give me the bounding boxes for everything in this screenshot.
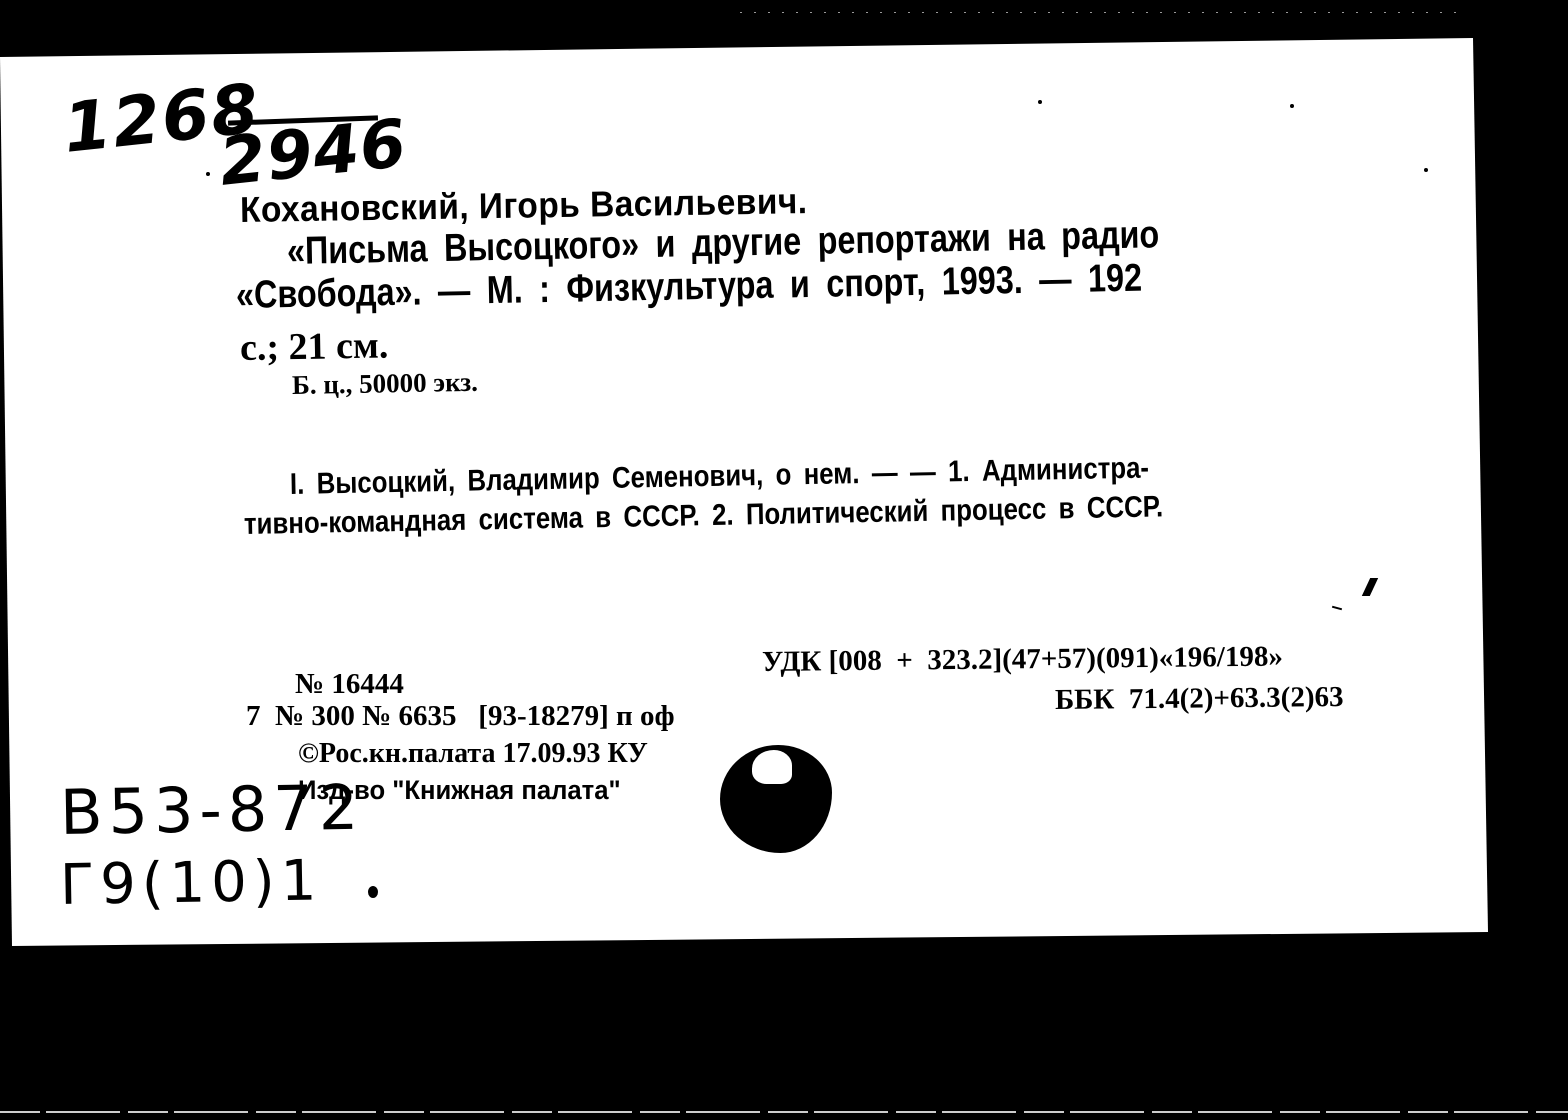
copyright-line: ©Рос.кн.палата 17.09.93 КУ — [298, 740, 648, 768]
record-number: № 16444 — [295, 670, 404, 699]
pencil-mark — [1362, 578, 1378, 596]
speck — [1290, 104, 1294, 108]
ink-blot-highlight — [752, 750, 792, 784]
bbk-classification: ББК 71.4(2)+63.3(2)63 — [1055, 683, 1344, 715]
handwritten-code-line-1: B53-872 — [59, 777, 364, 844]
scan-artifact-top — [740, 12, 1460, 13]
subject-line-2: тивно-командная система в СССР. 2. Полит… — [244, 492, 1164, 540]
handwritten-inventory-number: 2946 — [217, 111, 411, 196]
ink-dot — [368, 886, 378, 898]
udk-classification: УДК [008 + 323.2](47+57)(091)«196/198» — [762, 643, 1283, 677]
scan-artifact-bottom — [0, 1111, 1568, 1113]
catalog-card: 1268 2946 Кохановский, Игорь Васильевич.… — [0, 0, 1568, 1120]
title-line-3: с.; 21 см. — [240, 326, 389, 367]
handwritten-code-line-2: Г9(10)1 — [60, 853, 323, 914]
pencil-dash — [1332, 606, 1342, 611]
speck — [206, 172, 210, 176]
speck — [1424, 168, 1428, 172]
speck — [1038, 100, 1042, 104]
price-print-run: Б. ц., 50000 экз. — [292, 369, 478, 399]
record-details: 7 № 300 № 6635 [93-18279] п оф — [246, 702, 675, 731]
